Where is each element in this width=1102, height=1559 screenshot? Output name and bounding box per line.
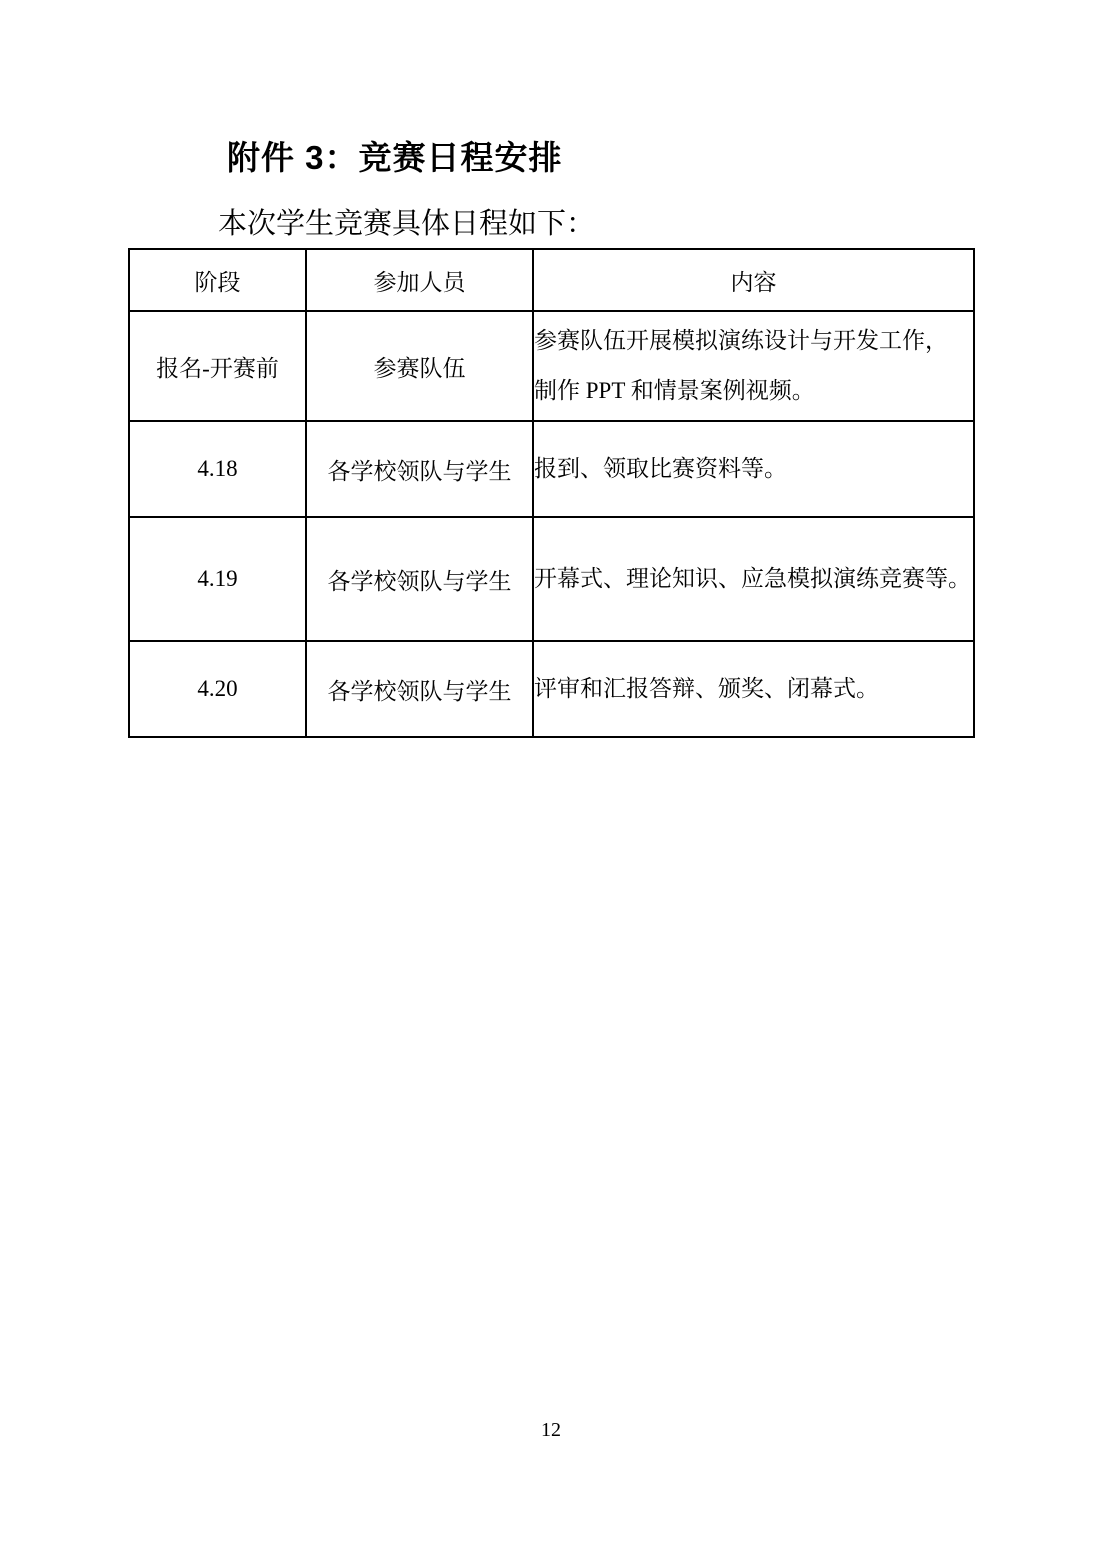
cell-participants: 各学校领队与学生 xyxy=(306,517,533,641)
cell-stage: 4.20 xyxy=(129,641,306,737)
table-header-row: 阶段 参加人员 内容 xyxy=(129,249,974,311)
table-row-apr-19: 4.19 各学校领队与学生 开幕式、理论知识、应急模拟演练竞赛等。 xyxy=(129,517,974,641)
header-content: 内容 xyxy=(533,249,974,311)
content-line: 参赛队伍开展模拟演练设计与开发工作， xyxy=(534,316,973,366)
table-row-apr-18: 4.18 各学校领队与学生 报到、领取比赛资料等。 xyxy=(129,421,974,517)
content-line: 报到、领取比赛资料等。 xyxy=(534,444,973,494)
schedule-table: 阶段 参加人员 内容 报名-开赛前 参赛队伍 参赛队伍开展模拟演练设计与开发工作… xyxy=(128,248,975,738)
cell-content: 评审和汇报答辩、颁奖、闭幕式。 xyxy=(533,641,974,737)
cell-stage: 4.18 xyxy=(129,421,306,517)
cell-participants: 参赛队伍 xyxy=(306,311,533,421)
content-line: 制作 PPT 和情景案例视频。 xyxy=(534,366,973,416)
table-row-apr-20: 4.20 各学校领队与学生 评审和汇报答辩、颁奖、闭幕式。 xyxy=(129,641,974,737)
intro-line: 本次学生竞赛具体日程如下： xyxy=(218,205,595,243)
content-line: 评审和汇报答辩、颁奖、闭幕式。 xyxy=(534,664,973,714)
attachment-title: 附件 3：竞赛日程安排 xyxy=(227,138,563,178)
cell-content: 参赛队伍开展模拟演练设计与开发工作， 制作 PPT 和情景案例视频。 xyxy=(533,311,974,421)
document-page: 附件 3：竞赛日程安排 本次学生竞赛具体日程如下： 阶段 参加人员 内容 报名-… xyxy=(0,0,1102,1559)
cell-stage: 报名-开赛前 xyxy=(129,311,306,421)
cell-participants: 各学校领队与学生 xyxy=(306,641,533,737)
cell-content: 开幕式、理论知识、应急模拟演练竞赛等。 xyxy=(533,517,974,641)
page-number: 12 xyxy=(0,1418,1102,1442)
table-row-pre-competition: 报名-开赛前 参赛队伍 参赛队伍开展模拟演练设计与开发工作， 制作 PPT 和情… xyxy=(129,311,974,421)
cell-participants: 各学校领队与学生 xyxy=(306,421,533,517)
content-line: 开幕式、理论知识、应急模拟演练竞赛等。 xyxy=(534,554,973,604)
cell-stage: 4.19 xyxy=(129,517,306,641)
header-stage: 阶段 xyxy=(129,249,306,311)
cell-content: 报到、领取比赛资料等。 xyxy=(533,421,974,517)
header-participants: 参加人员 xyxy=(306,249,533,311)
